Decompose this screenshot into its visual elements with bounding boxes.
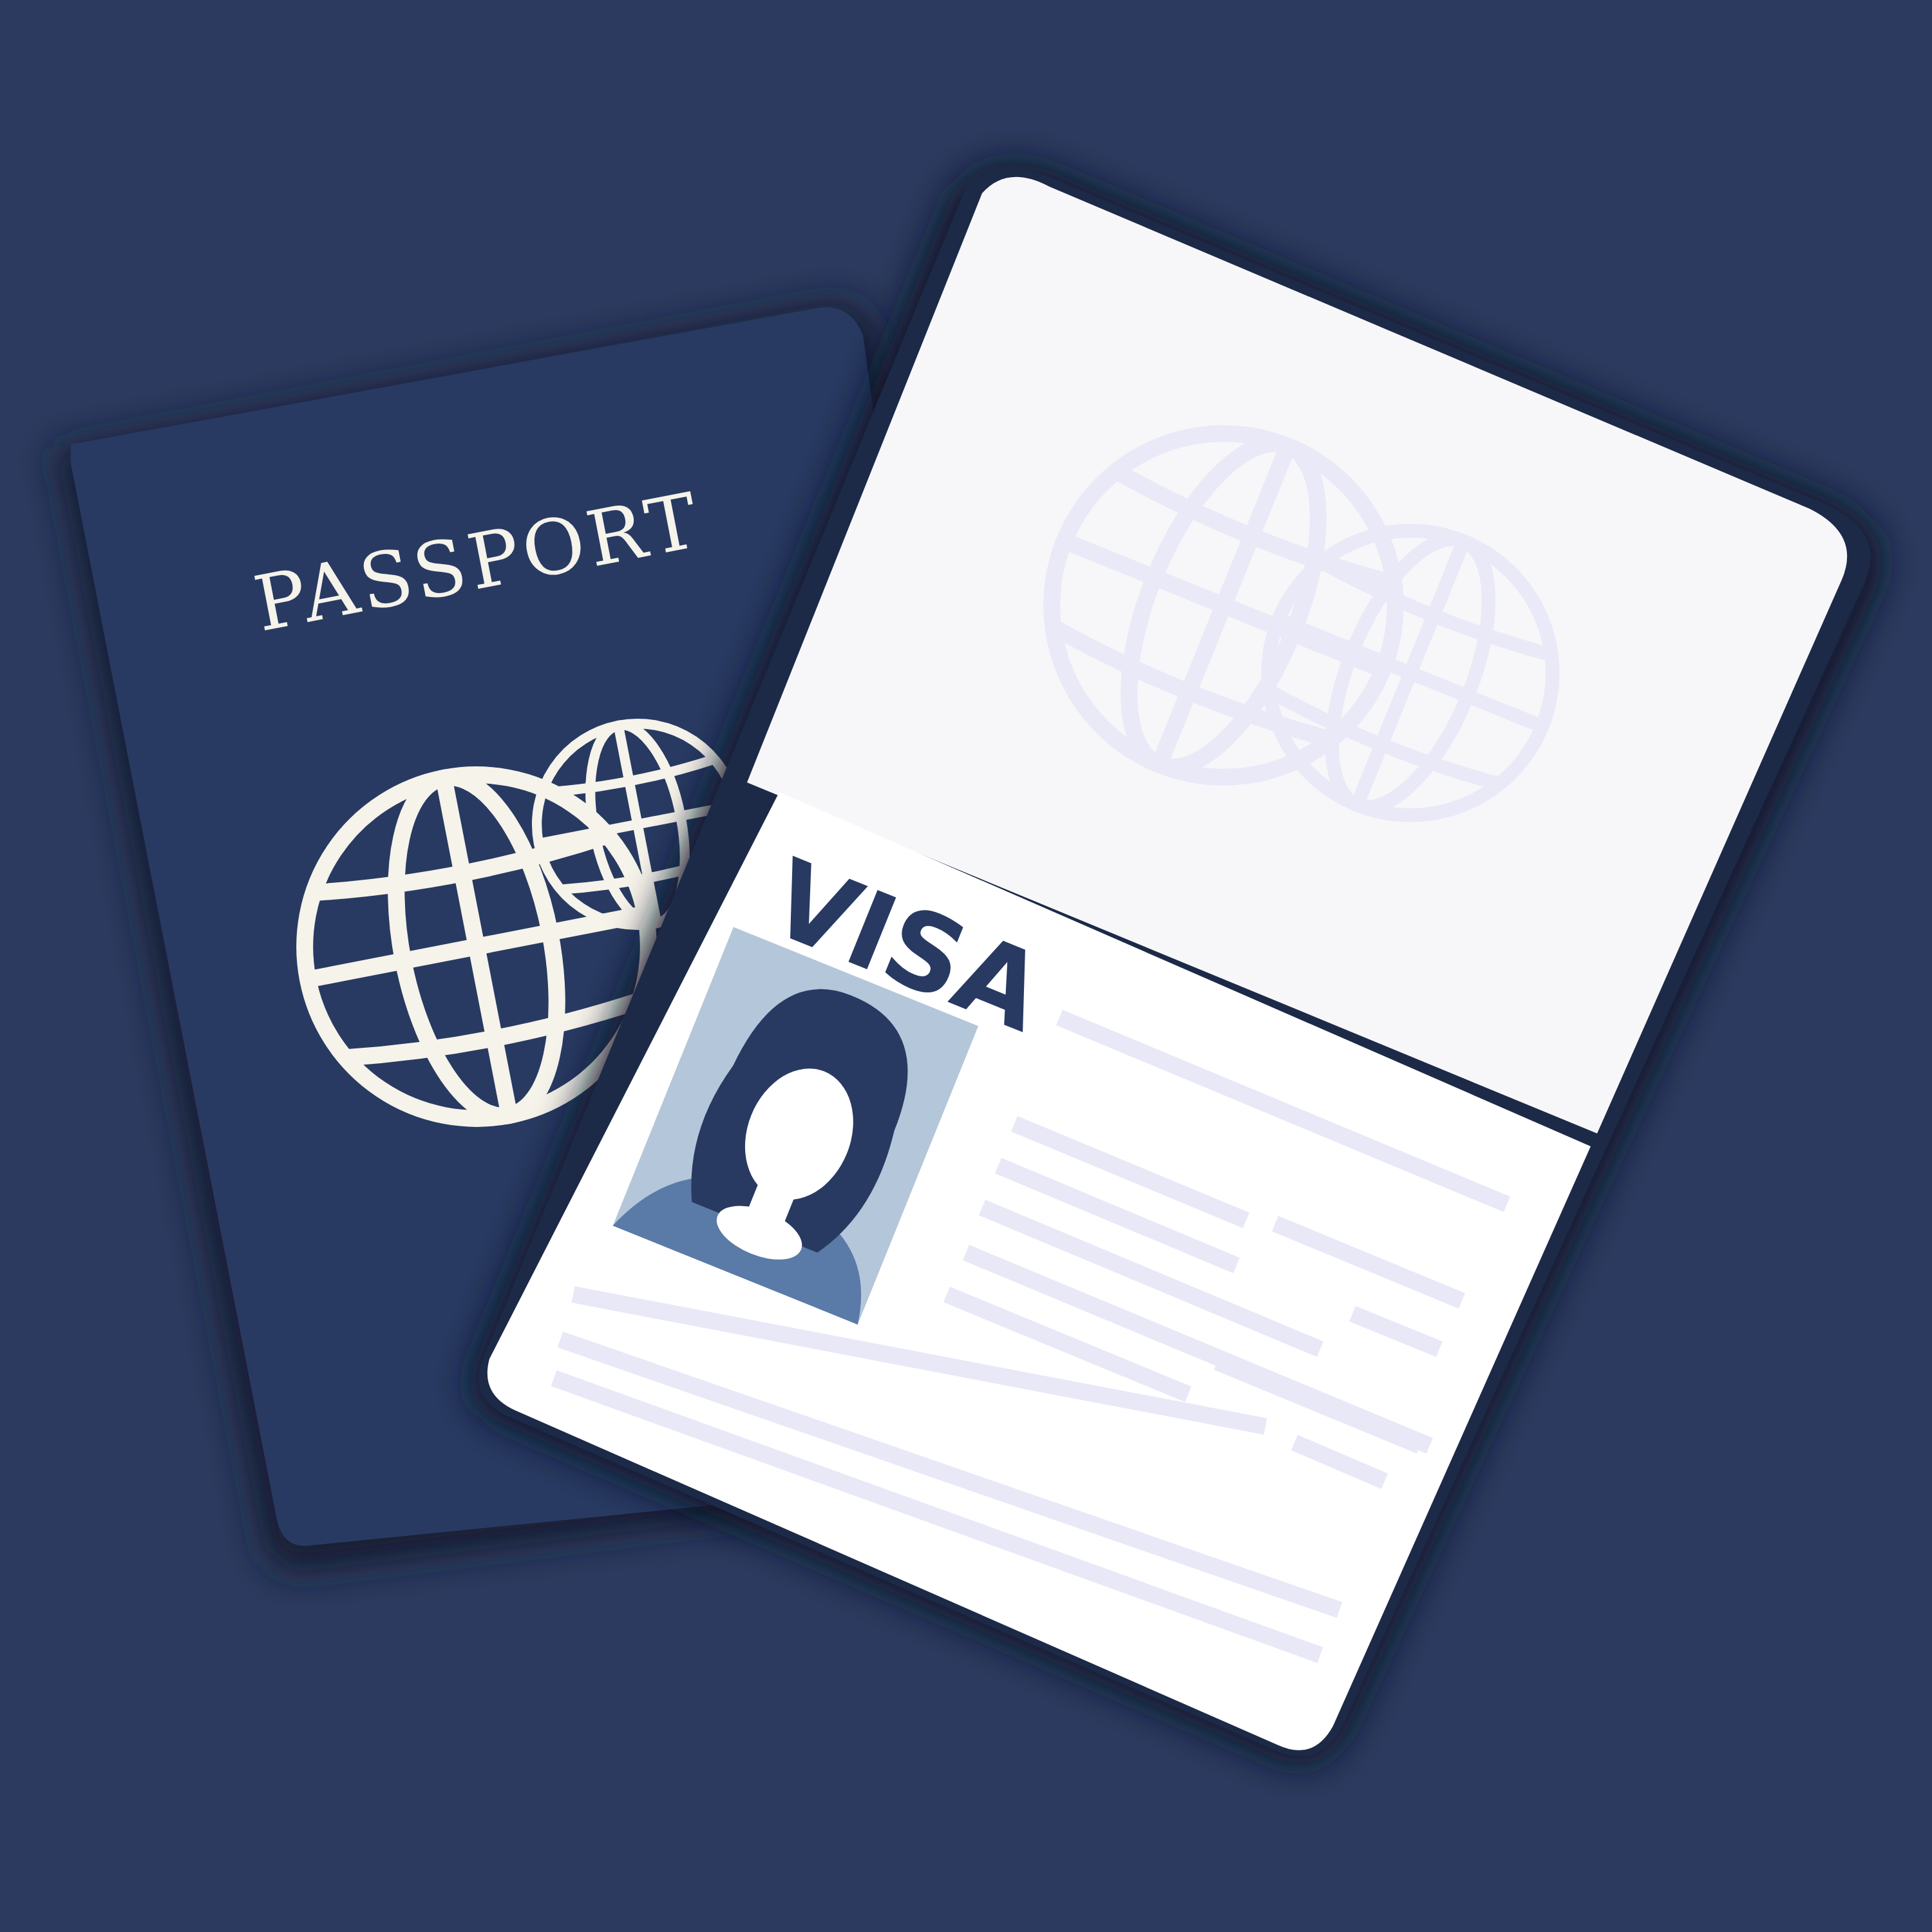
passport-visa-illustration: PASSPORT VISA bbox=[0, 0, 1932, 1932]
